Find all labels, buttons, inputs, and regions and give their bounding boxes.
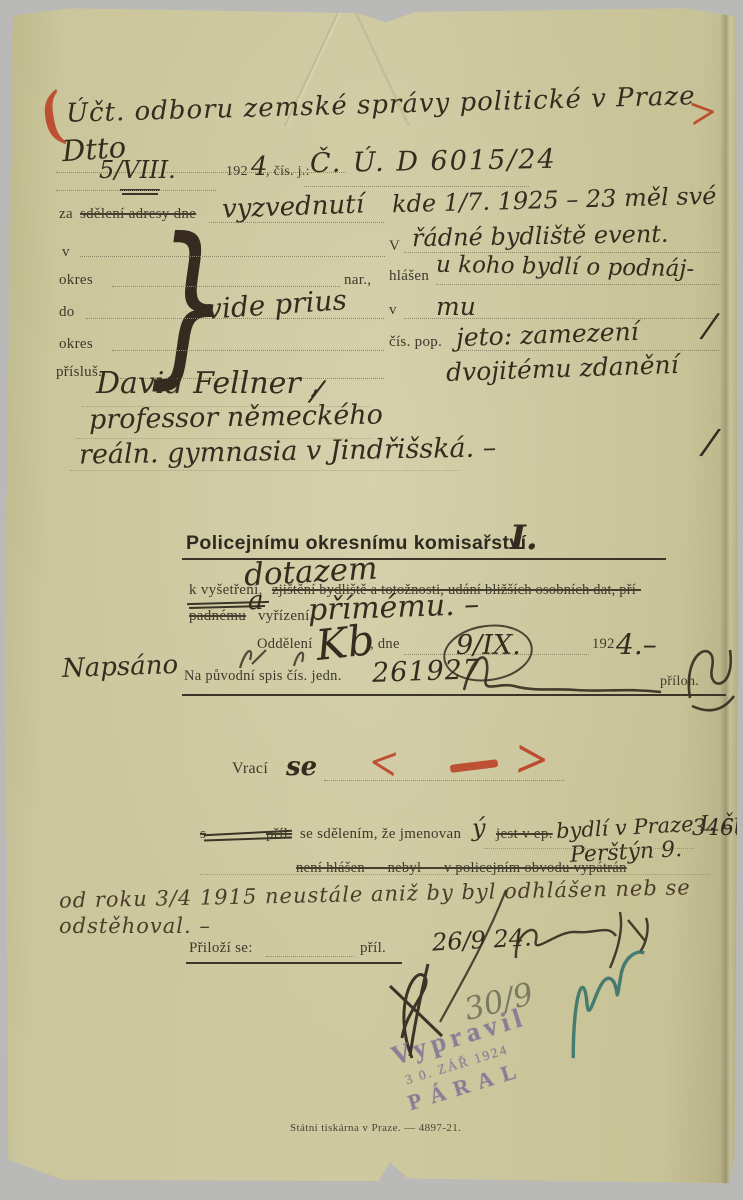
a-handwriting: a: [248, 586, 264, 616]
margin-note-handwriting: Napsáno: [62, 650, 179, 684]
address-number-handwriting: 346.: [692, 816, 741, 841]
slash-handwriting: /: [701, 305, 718, 346]
label-okres2: okres: [59, 336, 93, 353]
red-crayon-right-angle: >: [514, 727, 549, 793]
rule-line: [266, 956, 354, 957]
cisj-value-handwriting: Č. Ú. D 6015/24: [310, 144, 557, 179]
red-crayon-left-angle: <: [367, 735, 400, 793]
label-do: do: [59, 304, 75, 321]
label-v: v: [62, 244, 70, 261]
printed-spis-label: Na původní spis čís. jedn.: [184, 668, 342, 685]
printed-cisj-label: , čís. j.:: [266, 164, 310, 180]
teal-signature: [544, 954, 664, 1054]
printed-jest-struck: jest v ep.: [496, 826, 553, 843]
dvojite-handwriting: dvojitému zdanění: [446, 350, 679, 387]
printed-year: 192: [226, 164, 248, 180]
label-okres: okres: [59, 272, 93, 289]
label-hlasen: hlášen: [389, 268, 429, 285]
rule-line: [209, 222, 384, 223]
red-crayon-dash: [450, 759, 499, 773]
label-nar: nar.,: [344, 272, 371, 289]
label-cispop: čís. pop.: [389, 334, 442, 351]
y-handwriting: ý: [472, 814, 486, 842]
rule-line: [56, 190, 216, 191]
printer-imprint: Státní tiskárna v Praze. — 4897-21.: [290, 1122, 461, 1134]
name-line2-handwriting: professor německého: [89, 399, 383, 435]
ref-date-handwriting: 5/VIII.: [99, 156, 176, 184]
spis-underline: [182, 694, 726, 696]
jeto-handwriting: jeto: zamezení: [456, 317, 640, 352]
vyzvednuti-handwriting: vyzvednutí: [222, 190, 365, 225]
printed-padnemu-struck: padnému: [189, 608, 246, 625]
printed-pril: příl.: [360, 940, 386, 957]
rule-line: [436, 284, 719, 285]
name-line3-handwriting: reáln. gymnasia v Jindřišská. –: [79, 432, 497, 470]
addressee-number-handwriting: I.: [510, 518, 538, 558]
rule-line: [484, 848, 694, 849]
printed-neni-hlasen-struck: není hlášen — nebyl — v policejním obvod…: [296, 860, 627, 877]
mu-handwriting: mu: [436, 292, 476, 321]
label-v2: v: [389, 302, 397, 319]
ink-underline: [122, 193, 158, 195]
label-V: V: [389, 238, 400, 255]
rule-line: [80, 256, 385, 257]
printed-sdelenim: se sdělením, že jmenovan: [300, 826, 461, 843]
header-line1-handwriting: Účt. odboru zemské správy politické v Pr…: [66, 81, 696, 129]
prilozi-underline: [186, 962, 402, 964]
printed-vyrizeni: vyřízení.: [258, 608, 314, 625]
radne-bydliste-handwriting: řádné bydliště event.: [412, 220, 669, 252]
paper-sheet: ( > Účt. odboru zemské správy politické …: [4, 6, 739, 1188]
name-line1-handwriting: David Fellner ,: [96, 366, 320, 401]
printed-vraci: Vrací: [232, 760, 268, 778]
rule-line: [70, 470, 460, 471]
ink-doodle: [676, 634, 742, 714]
printed-dne: , dne: [370, 636, 400, 653]
se-handwriting: se: [286, 752, 317, 782]
printed-za: za: [59, 206, 73, 223]
note-line2-handwriting: odstěhoval. –: [59, 914, 211, 938]
ukoho-handwriting: u koho bydlí o podnáj-: [436, 252, 695, 283]
slash-handwriting: /: [701, 421, 719, 463]
kde-handwriting: kde 1/7. 1925 – 23 měl své: [392, 182, 717, 218]
rule-line: [112, 350, 384, 351]
printed-pril-struck: příl.: [266, 826, 292, 843]
scanned-document-page: { "doc": { "header": { "red_open": "(", …: [0, 0, 743, 1200]
printed-prilozi-label: Přiloží se:: [189, 940, 253, 957]
